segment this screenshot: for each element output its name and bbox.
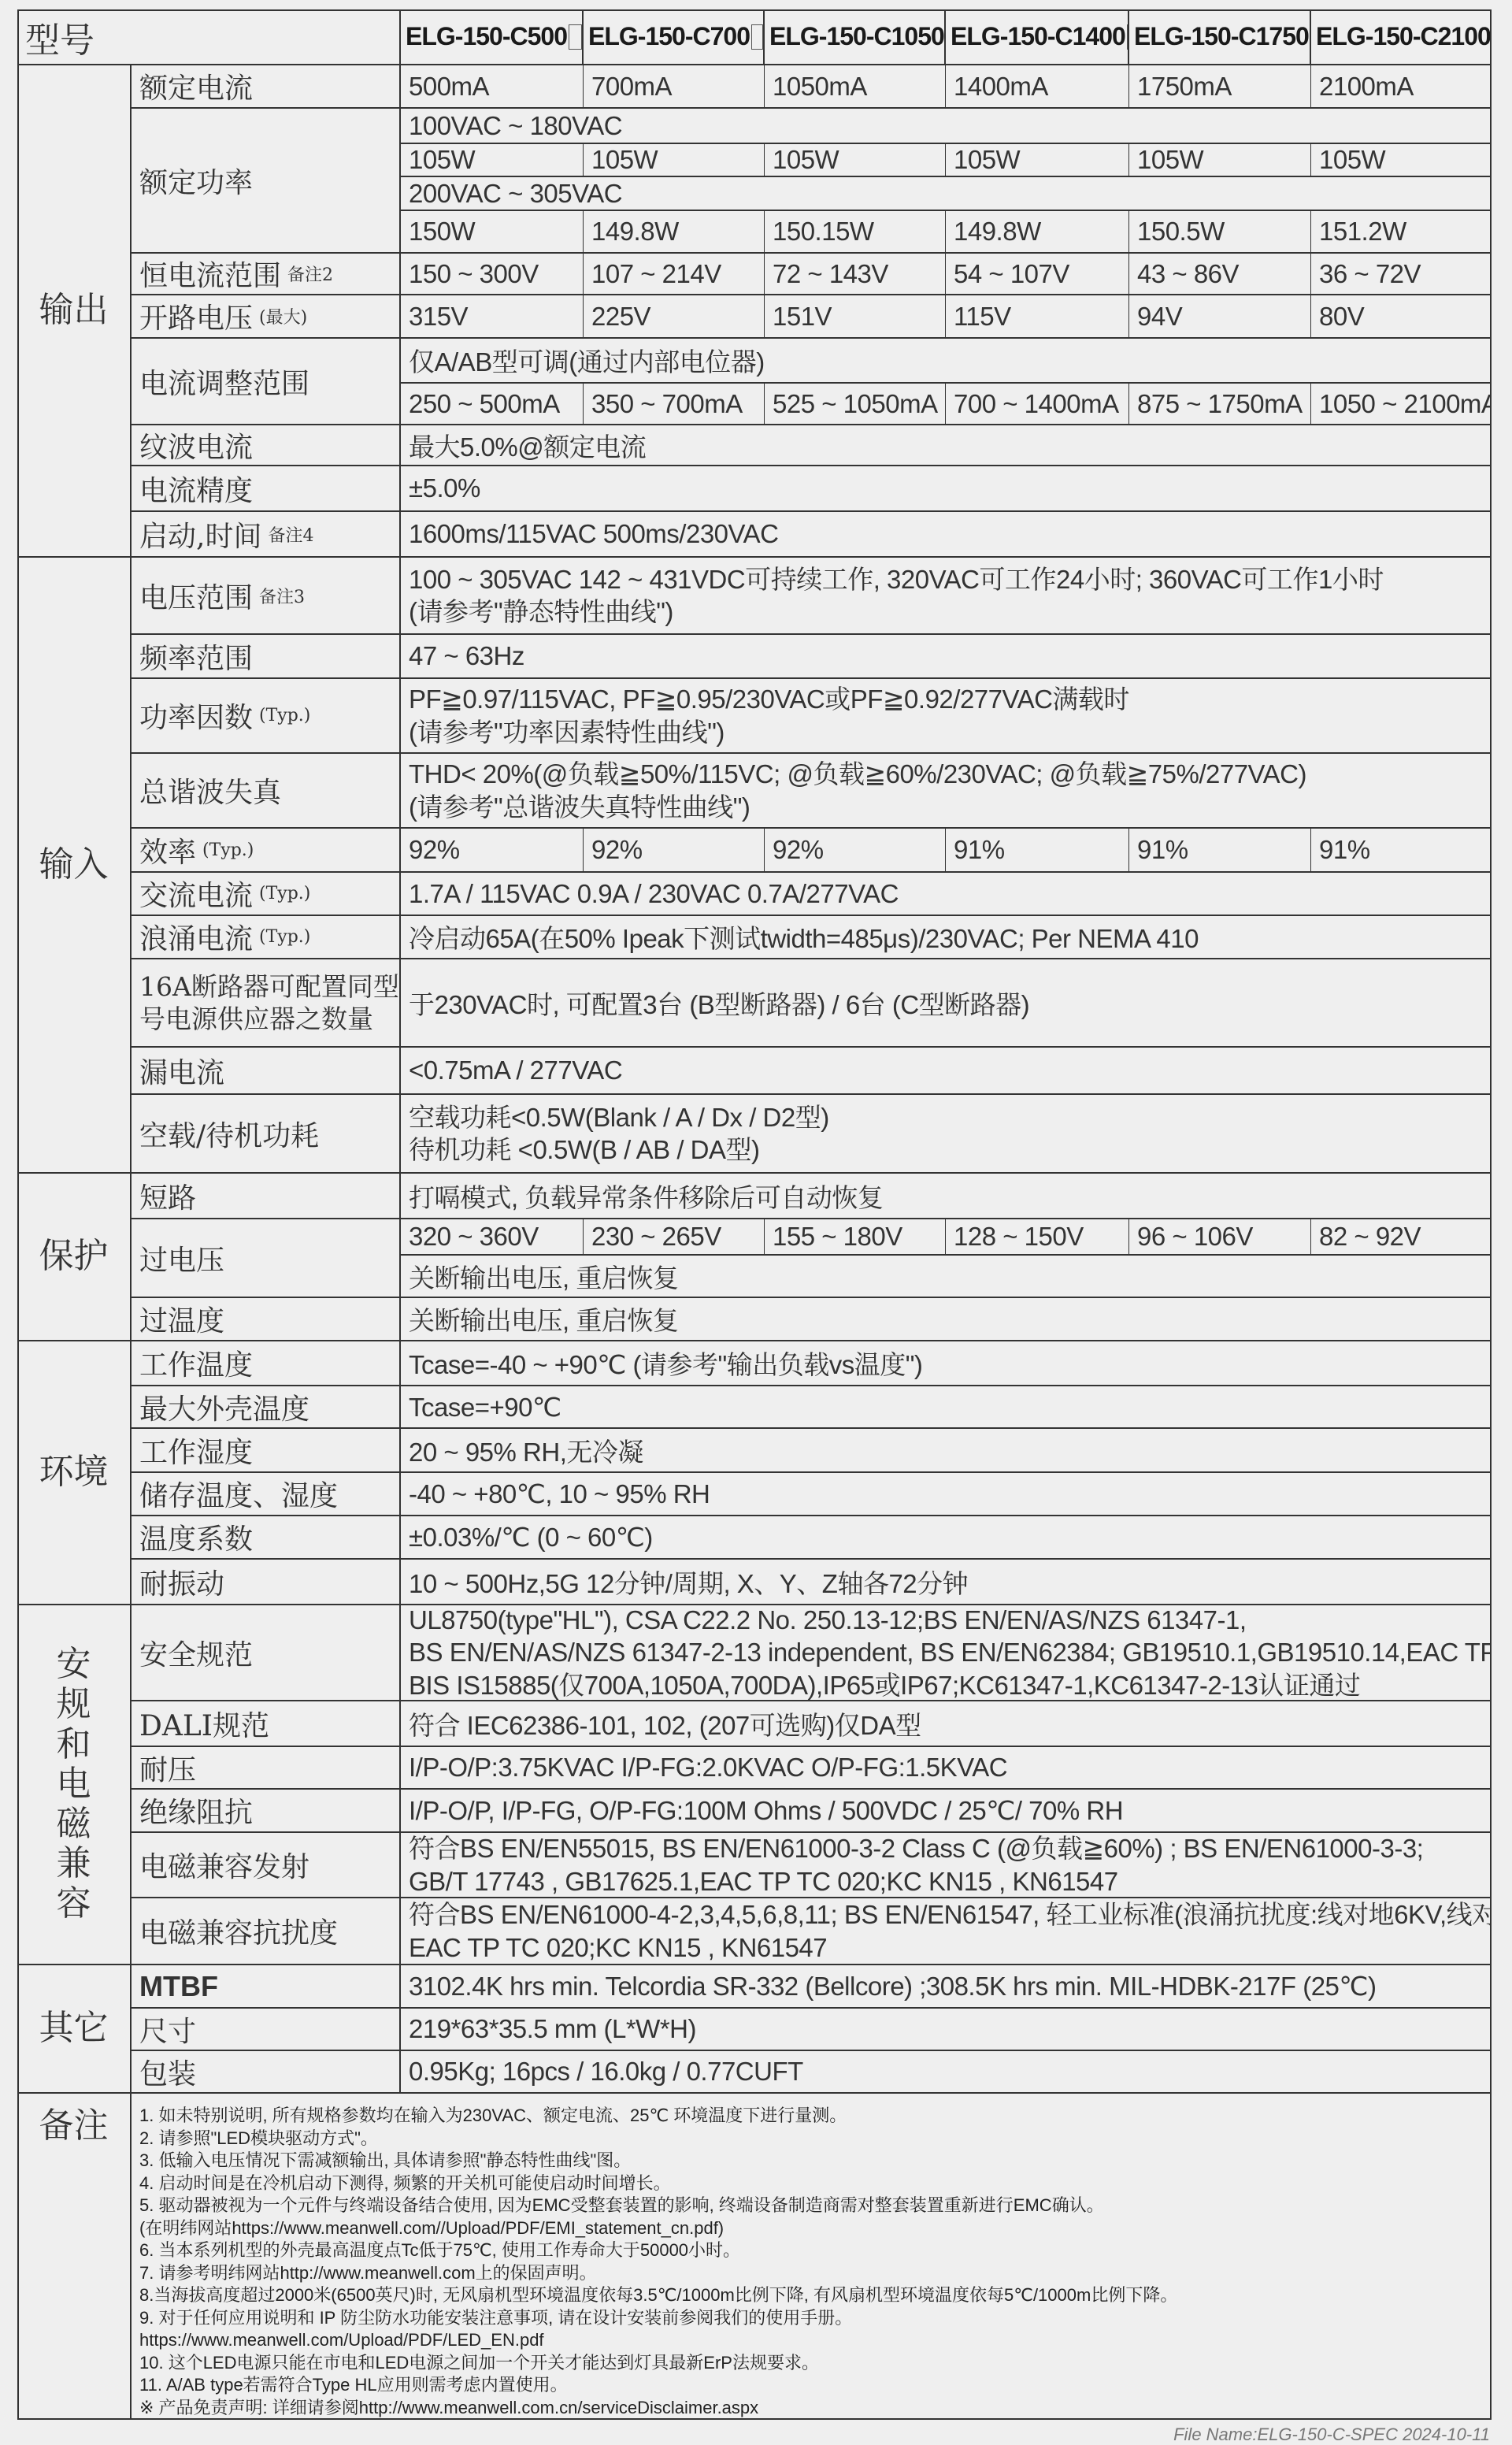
label-setup-time-text: 启动,时间 (139, 514, 261, 555)
label-cc-range-note: 备注2 (287, 262, 333, 286)
rated-power-high-5: 150.5W (1129, 211, 1311, 254)
label-working-temp-text: 工作温度 (139, 1343, 253, 1383)
rated-current-5: 1750mA (1129, 65, 1311, 109)
current-adj-6: 1050 ~ 2100mA (1311, 384, 1492, 425)
note-item: 8.当海拔高度超过2000米(6500英尺)时, 无风扇机型环境温度依每3.5℃… (139, 2284, 1177, 2307)
label-inrush: 浪涌电流(Typ.) (132, 916, 401, 959)
label-packing-text: 包装 (139, 2052, 196, 2092)
label-temp-coefficient: 温度系数 (132, 1516, 401, 1560)
section-environment: 环境 (17, 1341, 132, 1605)
label-withstand: 耐压 (132, 1747, 401, 1790)
safety-standards-line-3: BIS IS15885(仅700A,1050A,700DA),IP65或IP67… (409, 1669, 1360, 1701)
section-input: 输入 (17, 558, 132, 1174)
label-power-factor: 功率因数(Typ.) (132, 679, 401, 754)
ac-current: 1.7A / 115VAC 0.9A / 230VAC 0.7A/277VAC (401, 873, 1492, 916)
note-item: 7. 请参考明纬网站http://www.meanwell.com上的保固声明。 (139, 2262, 597, 2285)
thd-line-2: (请参考"总谐波失真特性曲线") (409, 791, 750, 823)
section-others: 其它 (17, 1965, 132, 2094)
label-packing: 包装 (132, 2051, 401, 2094)
open-circuit-voltage-5: 94V (1129, 295, 1311, 339)
note-item: ※ 产品免责声明: 详细请参阅http://www.meanwell.com.c… (139, 2397, 758, 2420)
label-power-factor-text: 功率因数 (139, 696, 253, 736)
mtbf: 3102.4K hrs min. Telcordia SR-332 (Bellc… (401, 1965, 1492, 2009)
label-ac-current-note: (Typ.) (259, 884, 310, 903)
label-thd: 总谐波失真 (132, 754, 401, 829)
label-rated-current: 额定电流 (132, 65, 401, 109)
label-cc-range: 恒电流范围备注2 (132, 254, 401, 295)
label-setup-time: 启动,时间备注4 (132, 512, 401, 558)
working-humidity: 20 ~ 95% RH,无冷凝 (401, 1429, 1492, 1473)
safety-standards-line-2: BS EN/EN/AS/NZS 61347-2-13 independent, … (409, 1636, 1492, 1668)
label-short-circuit: 短路 (132, 1174, 401, 1219)
notes-list: 1. 如未特别说明, 所有规格参数均在输入为230VAC、额定电流、25℃ 环境… (132, 2094, 1492, 2420)
label-max-case-temp-text: 最大外壳温度 (139, 1387, 309, 1427)
dimension: 219*63*35.5 mm (L*W*H) (401, 2009, 1492, 2051)
label-short-circuit-text: 短路 (139, 1176, 196, 1216)
label-setup-time-note: 备注4 (268, 522, 313, 547)
label-safety-standards-text: 安全规范 (139, 1633, 253, 1673)
suffix-box-icon (569, 24, 582, 50)
suffix-box-icon (751, 24, 763, 50)
model-header-2: ELG-150-C700 (584, 9, 765, 65)
ripple-current: 最大5.0%@额定电流 (401, 425, 1492, 466)
note-item: 11. A/AB type若需符合Type HL应用则需考虑内置使用。 (139, 2374, 568, 2397)
label-breaker: 16A断路器可配置同型号电源供应器之数量 (132, 959, 401, 1048)
power-factor-line-2: (请参考"功率因素特性曲线") (409, 716, 724, 748)
efficiency-6: 91% (1311, 829, 1492, 873)
label-ac-current: 交流电流(Typ.) (132, 873, 401, 916)
cc-range-4: 54 ~ 107V (946, 254, 1129, 295)
cc-range-2: 107 ~ 214V (584, 254, 765, 295)
label-inrush-text: 浪涌电流 (139, 917, 253, 957)
label-working-temp: 工作温度 (132, 1341, 401, 1386)
label-current-adj: 电流调整范围 (132, 339, 401, 425)
rated-power-high-2: 149.8W (584, 211, 765, 254)
model-header-1: ELG-150-C500 (401, 9, 584, 65)
label-thd-text: 总谐波失真 (139, 770, 281, 811)
label-dali-text: DALI规范 (139, 1704, 269, 1744)
label-breaker-line-1: 16A断路器可配置同型 (139, 970, 399, 1003)
label-dimension-text: 尺寸 (139, 2009, 196, 2050)
rated-power-low-5: 105W (1129, 144, 1311, 177)
section-output: 输出 (17, 65, 132, 558)
current-tolerance: ±5.0% (401, 466, 1492, 512)
over-voltage-3: 155 ~ 180V (765, 1219, 946, 1256)
emc-immunity-line-1: 符合BS EN/EN61000-4-2,3,4,5,6,8,11; BS EN/… (409, 1898, 1492, 1931)
rated-power-high-6: 151.2W (1311, 211, 1492, 254)
open-circuit-voltage-4: 115V (946, 295, 1129, 339)
label-working-humidity-text: 工作湿度 (139, 1430, 253, 1471)
no-load-power: 空载功耗<0.5W(Blank / A / Dx / D2型)待机功耗 <0.5… (401, 1095, 1492, 1174)
rated-power-low-4: 105W (946, 144, 1129, 177)
voltage-range-line-2: (请参考"静态特性曲线") (409, 595, 673, 628)
max-case-temp: Tcase=+90℃ (401, 1386, 1492, 1429)
model-name: ELG-150-C1050 (769, 22, 944, 51)
label-over-temp: 过温度 (132, 1298, 401, 1341)
current-adj-desc: 仅A/AB型可调(通过内部电位器) (401, 339, 1492, 384)
rated-current-6: 2100mA (1311, 65, 1492, 109)
label-emc-emission-text: 电磁兼容发射 (139, 1845, 309, 1885)
label-safety-standards: 安全规范 (132, 1605, 401, 1701)
current-adj-2: 350 ~ 700mA (584, 384, 765, 425)
setup-time: 1600ms/115VAC 500ms/230VAC (401, 512, 1492, 558)
label-voltage-range: 电压范围备注3 (132, 558, 401, 635)
label-breaker-line-2: 号电源供应器之数量 (139, 1003, 373, 1035)
rated-power-low-1: 105W (401, 144, 584, 177)
emc-emission-line-1: 符合BS EN/EN55015, BS EN/EN61000-3-2 Class… (409, 1833, 1423, 1865)
leakage-current: <0.75mA / 277VAC (401, 1048, 1492, 1095)
model-name: ELG-150-C1750 (1134, 22, 1309, 51)
label-open-circuit-voltage-note: (最大) (259, 304, 307, 328)
label-efficiency-text: 效率 (139, 830, 196, 870)
label-max-case-temp: 最大外壳温度 (132, 1386, 401, 1429)
label-inrush-note: (Typ.) (259, 927, 310, 947)
cc-range-6: 36 ~ 72V (1311, 254, 1492, 295)
label-working-humidity: 工作湿度 (132, 1429, 401, 1473)
model-header-5: ELG-150-C1750 (1129, 9, 1311, 65)
label-no-load: 空载/待机功耗 (132, 1095, 401, 1174)
label-over-voltage: 过电压 (132, 1219, 401, 1298)
file-name-footer: File Name:ELG-150-C-SPEC 2024-10-11 (1173, 2425, 1490, 2445)
temp-coefficient: ±0.03%/℃ (0 ~ 60℃) (401, 1516, 1492, 1560)
section-notes: 备注 (17, 2094, 132, 2420)
label-rated-power-text: 额定功率 (139, 161, 253, 201)
current-adj-5: 875 ~ 1750mA (1129, 384, 1311, 425)
section-safety-emc: 安规和电磁兼容 (17, 1605, 132, 1965)
label-current-adj-text: 电流调整范围 (139, 362, 309, 402)
thd: THD< 20%(@负载≧50%/115VC; @负载≧60%/230VAC; … (401, 754, 1492, 829)
note-item: 9. 对于任何应用说明和 IP 防尘防水功能安装注意事项, 请在设计安装前参阅我… (139, 2307, 852, 2330)
label-voltage-range-note: 备注3 (259, 584, 305, 608)
inrush-current: 冷启动65A(在50% Ipeak下测试twidth=485μs)/230VAC… (401, 916, 1492, 959)
label-vibration: 耐振动 (132, 1560, 401, 1605)
safety-standards: UL8750(type"HL"), CSA C22.2 No. 250.13-1… (401, 1605, 1492, 1701)
over-temperature: 关断输出电压, 重启恢复 (401, 1298, 1492, 1341)
over-voltage-1: 320 ~ 360V (401, 1219, 584, 1256)
power-factor: PF≧0.97/115VAC, PF≧0.95/230VAC或PF≧0.92/2… (401, 679, 1492, 754)
storage: -40 ~ +80℃, 10 ~ 95% RH (401, 1473, 1492, 1516)
note-item: 2. 请参照"LED模块驱动方式"。 (139, 2128, 378, 2150)
model-label: 型号 (17, 9, 401, 65)
rated-current-3: 1050mA (765, 65, 946, 109)
model-name: ELG-150-C500 (406, 22, 567, 51)
label-mtbf: MTBF (132, 1965, 401, 2009)
label-no-load-text: 空载/待机功耗 (139, 1114, 319, 1154)
current-adj-1: 250 ~ 500mA (401, 384, 584, 425)
voltage-range-line-1: 100 ~ 305VAC 142 ~ 431VDC可持续工作, 320VAC可工… (409, 563, 1384, 595)
dali-standard: 符合 IEC62386-101, 102, (207可选购)仅DA型 (401, 1701, 1492, 1747)
label-storage: 储存温度、湿度 (132, 1473, 401, 1516)
label-tolerance: 电流精度 (132, 466, 401, 512)
thd-line-1: THD< 20%(@负载≧50%/115VC; @负载≧60%/230VAC; … (409, 758, 1306, 790)
over-voltage-2: 230 ~ 265V (584, 1219, 765, 1256)
label-leakage-text: 漏电流 (139, 1051, 224, 1091)
label-ripple-text: 纹波电流 (139, 425, 253, 466)
no-load-power-line-1: 空载功耗<0.5W(Blank / A / Dx / D2型) (409, 1101, 829, 1133)
label-vibration-text: 耐振动 (139, 1562, 224, 1602)
label-withstand-text: 耐压 (139, 1748, 196, 1788)
label-isolation: 绝缘阻抗 (132, 1790, 401, 1833)
note-item: 6. 当本系列机型的外壳最高温度点Tc低于75℃, 使用工作寿命大于50000小… (139, 2239, 740, 2262)
open-circuit-voltage-6: 80V (1311, 295, 1492, 339)
label-efficiency: 效率(Typ.) (132, 829, 401, 873)
efficiency-5: 91% (1129, 829, 1311, 873)
cc-range-3: 72 ~ 143V (765, 254, 946, 295)
label-rated-power: 额定功率 (132, 109, 401, 254)
open-circuit-voltage-2: 225V (584, 295, 765, 339)
efficiency-4: 91% (946, 829, 1129, 873)
note-item: 5. 驱动器被视为一个元件与终端设备结合使用, 因为EMC受整套装置的影响, 终… (139, 2195, 1104, 2217)
cc-range-1: 150 ~ 300V (401, 254, 584, 295)
efficiency-2: 92% (584, 829, 765, 873)
rated-power-high-4: 149.8W (946, 211, 1129, 254)
model-name: ELG-150-C1400 (951, 22, 1125, 51)
note-item: 4. 启动时间是在冷机启动下测得, 频繁的开关机可能使启动时间增长。 (139, 2172, 671, 2195)
over-voltage-desc: 关断输出电压, 重启恢复 (401, 1256, 1492, 1298)
over-voltage-5: 96 ~ 106V (1129, 1219, 1311, 1256)
label-ripple: 纹波电流 (132, 425, 401, 466)
label-cc-range-text: 恒电流范围 (139, 254, 281, 294)
breaker-count: 于230VAC时, 可配置3台 (B型断路器) / 6台 (C型断路器) (401, 959, 1492, 1048)
efficiency-1: 92% (401, 829, 584, 873)
rated-power-low-6: 105W (1311, 144, 1492, 177)
frequency-range: 47 ~ 63Hz (401, 635, 1492, 679)
working-temp: Tcase=-40 ~ +90℃ (请参考"输出负载vs温度") (401, 1341, 1492, 1386)
efficiency-3: 92% (765, 829, 946, 873)
vibration: 10 ~ 500Hz,5G 12分钟/周期, X、Y、Z轴各72分钟 (401, 1560, 1492, 1605)
label-isolation-text: 绝缘阻抗 (139, 1790, 253, 1831)
label-power-factor-note: (Typ.) (259, 706, 310, 725)
rated-power-high-1: 150W (401, 211, 584, 254)
rated-power-low-3: 105W (765, 144, 946, 177)
label-emc-immunity-text: 电磁兼容抗扰度 (139, 1911, 338, 1951)
note-item: 1. 如未特别说明, 所有规格参数均在输入为230VAC、额定电流、25℃ 环境… (139, 2105, 847, 2128)
note-item: (在明纬网站https://www.meanwell.com//Upload/P… (139, 2217, 724, 2240)
model-name: ELG-150-C2100 (1316, 22, 1491, 51)
model-header-4: ELG-150-C1400 (946, 9, 1129, 65)
label-rated-current-text: 额定电流 (139, 66, 253, 106)
rated-power-high-3: 150.15W (765, 211, 946, 254)
label-frequency: 频率范围 (132, 635, 401, 679)
note-item: 10. 这个LED电源只能在市电和LED电源之间加一个开关才能达到灯具最新ErP… (139, 2352, 819, 2375)
label-temp-coefficient-text: 温度系数 (139, 1517, 253, 1557)
label-over-voltage-text: 过电压 (139, 1238, 224, 1278)
suffix-box-icon (1127, 24, 1128, 50)
rated-power-range-low: 100VAC ~ 180VAC (401, 109, 1492, 144)
over-voltage-6: 82 ~ 92V (1311, 1219, 1492, 1256)
emc-emission: 符合BS EN/EN55015, BS EN/EN61000-3-2 Class… (401, 1833, 1492, 1898)
rated-power-range-high: 200VAC ~ 305VAC (401, 177, 1492, 211)
emc-emission-line-2: GB/T 17743 , GB17625.1,EAC TP TC 020;KC … (409, 1865, 1118, 1898)
label-tolerance-text: 电流精度 (139, 469, 253, 509)
rated-current-4: 1400mA (946, 65, 1129, 109)
withstand-voltage: I/P-O/P:3.75KVAC I/P-FG:2.0KVAC O/P-FG:1… (401, 1747, 1492, 1790)
open-circuit-voltage-1: 315V (401, 295, 584, 339)
packing: 0.95Kg; 16pcs / 16.0kg / 0.77CUFT (401, 2051, 1492, 2094)
label-emc-immunity: 电磁兼容抗扰度 (132, 1898, 401, 1965)
label-mtbf-text: MTBF (139, 1970, 218, 2003)
label-open-circuit-voltage-text: 开路电压 (139, 296, 253, 336)
section-protection: 保护 (17, 1174, 132, 1341)
current-adj-3: 525 ~ 1050mA (765, 384, 946, 425)
label-emc-emission: 电磁兼容发射 (132, 1833, 401, 1898)
label-storage-text: 储存温度、湿度 (139, 1474, 338, 1514)
safety-standards-line-1: UL8750(type"HL"), CSA C22.2 No. 250.13-1… (409, 1605, 1247, 1636)
model-name: ELG-150-C700 (588, 22, 750, 51)
voltage-range: 100 ~ 305VAC 142 ~ 431VDC可持续工作, 320VAC可工… (401, 558, 1492, 635)
label-dimension: 尺寸 (132, 2009, 401, 2051)
rated-current-2: 700mA (584, 65, 765, 109)
label-voltage-range-text: 电压范围 (139, 576, 253, 616)
emc-immunity-line-2: EAC TP TC 020;KC KN15 , KN61547 (409, 1931, 827, 1964)
spec-table: 型号ELG-150-C500ELG-150-C700ELG-150-C1050E… (17, 9, 1492, 2420)
label-efficiency-note: (Typ.) (202, 840, 254, 860)
rated-current-1: 500mA (401, 65, 584, 109)
note-item: https://www.meanwell.com/Upload/PDF/LED_… (139, 2329, 544, 2352)
note-item: 3. 低输入电压情况下需减额输出, 具体请参照"静态特性曲线"图。 (139, 2150, 631, 2172)
label-ac-current-text: 交流电流 (139, 874, 253, 914)
over-voltage-4: 128 ~ 150V (946, 1219, 1129, 1256)
label-leakage: 漏电流 (132, 1048, 401, 1095)
open-circuit-voltage-3: 151V (765, 295, 946, 339)
no-load-power-line-2: 待机功耗 <0.5W(B / AB / DA型) (409, 1133, 760, 1166)
isolation-resistance: I/P-O/P, I/P-FG, O/P-FG:100M Ohms / 500V… (401, 1790, 1492, 1833)
model-header-3: ELG-150-C1050 (765, 9, 946, 65)
label-dali: DALI规范 (132, 1701, 401, 1747)
emc-immunity: 符合BS EN/EN61000-4-2,3,4,5,6,8,11; BS EN/… (401, 1898, 1492, 1965)
current-adj-4: 700 ~ 1400mA (946, 384, 1129, 425)
label-over-temp-text: 过温度 (139, 1299, 224, 1339)
cc-range-5: 43 ~ 86V (1129, 254, 1311, 295)
rated-power-low-2: 105W (584, 144, 765, 177)
model-header-6: ELG-150-C2100 (1311, 9, 1492, 65)
label-frequency-text: 频率范围 (139, 636, 253, 677)
power-factor-line-1: PF≧0.97/115VAC, PF≧0.95/230VAC或PF≧0.92/2… (409, 683, 1129, 715)
label-open-circuit-voltage: 开路电压(最大) (132, 295, 401, 339)
short-circuit: 打嗝模式, 负载异常条件移除后可自动恢复 (401, 1174, 1492, 1219)
